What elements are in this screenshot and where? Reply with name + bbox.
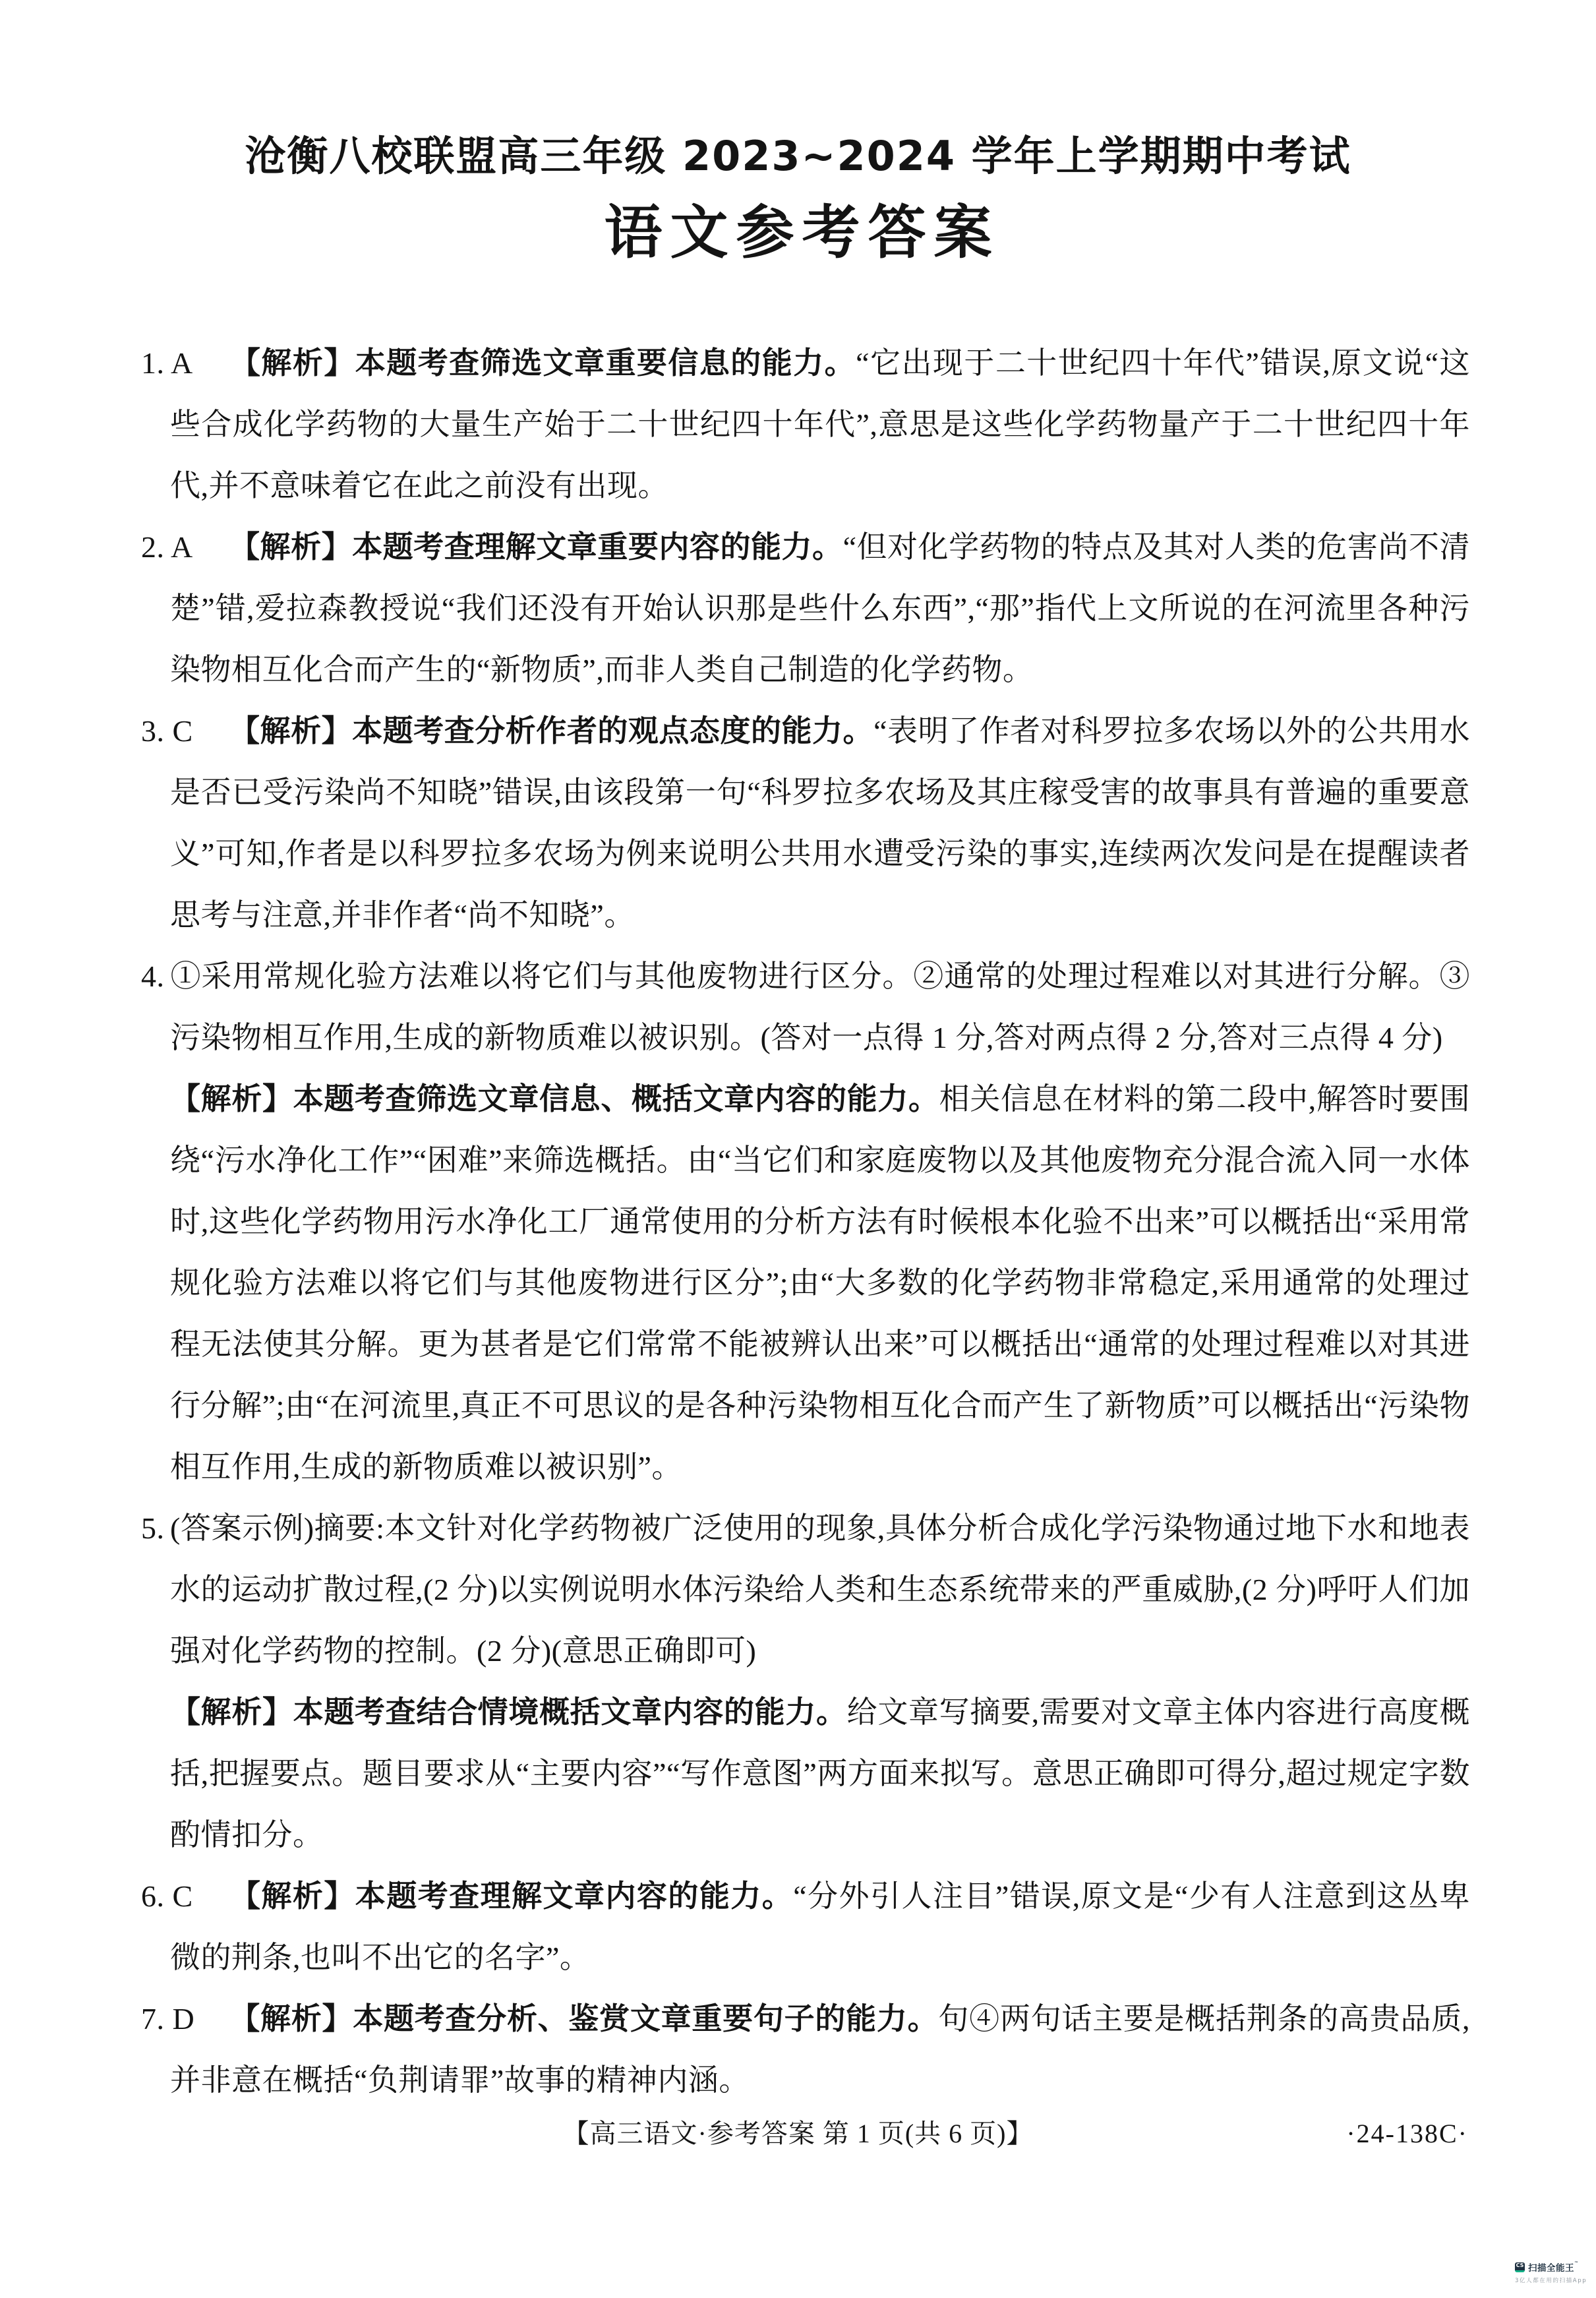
answer-text: ①采用常规化验方法难以将它们与其他废物进行区分。②通常的处理过程难以对其进行分解… (170, 959, 1470, 1054)
camscanner-watermark: CS 扫描全能王 ™ 3亿人都在用的扫描App (1515, 2260, 1587, 2284)
answer-paragraph: 3. C【解析】本题考查分析作者的观点态度的能力。“表明了作者对科罗拉多农场以外… (0, 700, 1596, 946)
answer-number: 4. (141, 946, 170, 1007)
answer-key-title: 语文参考答案 (0, 199, 1596, 266)
answer-paragraph: 1. A【解析】本题考查筛选文章重要信息的能力。“它出现于二十世纪四十年代”错误… (0, 332, 1596, 516)
answer-number: 3. C (141, 700, 229, 762)
answer-number: 6. C (141, 1865, 229, 1927)
camscanner-tagline: 3亿人都在用的扫描App (1515, 2276, 1587, 2284)
camscanner-brand-row: CS 扫描全能王 ™ (1515, 2260, 1587, 2274)
answer-number: 5. (141, 1497, 170, 1559)
answers-list: 1. A【解析】本题考查筛选文章重要信息的能力。“它出现于二十世纪四十年代”错误… (0, 332, 1596, 2111)
answer-text: (答案示例)摘要:本文针对化学药物被广泛使用的现象,具体分析合成化学污染物通过地… (170, 1511, 1470, 1668)
exam-title: 沧衡八校联盟高三年级 2023~2024 学年上学期期中考试 (0, 131, 1596, 182)
answer-paragraph: 4.①采用常规化验方法难以将它们与其他废物进行区分。②通常的处理过程难以对其进行… (0, 946, 1596, 1068)
answer-number: 7. D (141, 1988, 229, 2049)
trademark-symbol: ™ (1574, 2261, 1578, 2266)
answer-paragraph: 【解析】本题考查结合情境概括文章内容的能力。给文章写摘要,需要对文章主体内容进行… (0, 1681, 1596, 1865)
answer-paragraph: 5.(答案示例)摘要:本文针对化学药物被广泛使用的现象,具体分析合成化学污染物通… (0, 1497, 1596, 1681)
answer-text: 【解析】本题考查筛选文章重要信息的能力。“它出现于二十世纪四十年代”错误,原文说… (170, 346, 1470, 502)
page-footer: 【高三语文·参考答案 第 1 页(共 6 页)】 ·24-138C· (0, 2115, 1596, 2153)
camscanner-logo-icon: CS (1515, 2262, 1525, 2272)
answer-paragraph: 7. D【解析】本题考查分析、鉴赏文章重要句子的能力。句④两句话主要是概括荆条的… (0, 1988, 1596, 2111)
answer-text: 【解析】本题考查理解文章内容的能力。“分外引人注目”错误,原文是“少有人注意到这… (170, 1879, 1470, 1974)
answer-paragraph: 2. A【解析】本题考查理解文章重要内容的能力。“但对化学药物的特点及其对人类的… (0, 516, 1596, 700)
answer-text: 【解析】本题考查分析作者的观点态度的能力。“表明了作者对科罗拉多农场以外的公共用… (170, 714, 1470, 932)
paper-code: ·24-138C· (1346, 2115, 1468, 2153)
scanned-answer-page: 沧衡八校联盟高三年级 2023~2024 学年上学期期中考试 语文参考答案 1.… (0, 0, 1596, 2298)
answer-paragraph: 【解析】本题考查筛选文章信息、概括文章内容的能力。相关信息在材料的第二段中,解答… (0, 1068, 1596, 1497)
answer-text: 【解析】本题考查理解文章重要内容的能力。“但对化学药物的特点及其对人类的危害尚不… (170, 530, 1470, 686)
answer-number: 1. A (141, 332, 229, 394)
camscanner-app-name: 扫描全能王 (1528, 2260, 1574, 2274)
answer-number: 2. A (141, 516, 229, 578)
answer-text: 【解析】本题考查筛选文章信息、概括文章内容的能力。相关信息在材料的第二段中,解答… (170, 1082, 1470, 1484)
answer-text: 【解析】本题考查结合情境概括文章内容的能力。给文章写摘要,需要对文章主体内容进行… (170, 1695, 1470, 1852)
answer-paragraph: 6. C【解析】本题考查理解文章内容的能力。“分外引人注目”错误,原文是“少有人… (0, 1865, 1596, 1988)
answer-text: 【解析】本题考查分析、鉴赏文章重要句子的能力。句④两句话主要是概括荆条的高贵品质… (170, 2002, 1470, 2097)
page-header: 沧衡八校联盟高三年级 2023~2024 学年上学期期中考试 语文参考答案 (0, 0, 1596, 266)
